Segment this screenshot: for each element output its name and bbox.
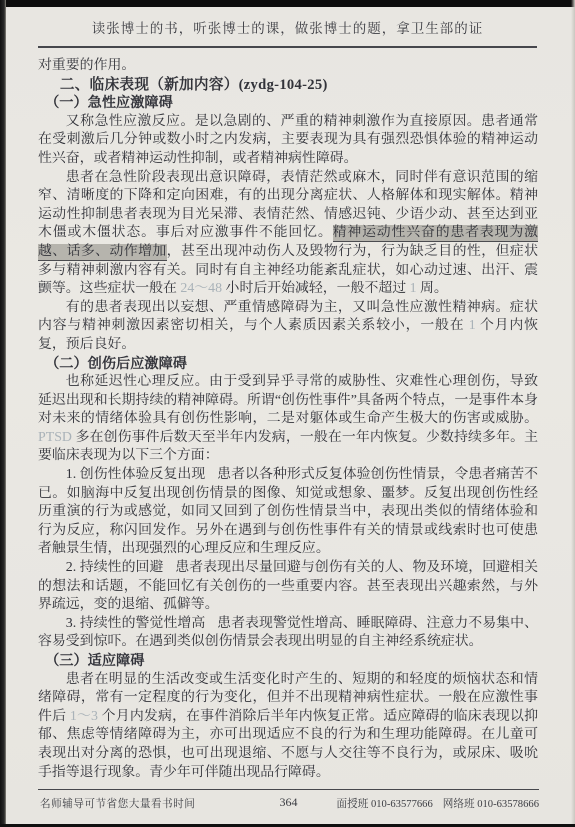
heading-text: （二）创伤后应激障碍 — [45, 356, 187, 372]
list-item-1: 1. 创伤性体验反复出现患者以各种形式反复体验创伤性情景，令患者痛苦不已。如脑海… — [38, 466, 538, 559]
footer-online-class-phone: 网络班 010-63578666 — [443, 799, 539, 810]
subsection-heading-2: （二）创伤后应激障碍 — [38, 355, 538, 374]
scan-edge-top — [0, 0, 575, 7]
faded-number: 1～3 — [70, 709, 98, 724]
page-body: 对重要的作用。 二、临床表现（新加内容）(zydg-104-25) （一）急性应… — [38, 57, 538, 782]
paragraph: 有的患者表现出以妄想、严重情感障碍为主，又叫急性应激性精神病。症状内容与精神刺激… — [38, 299, 538, 355]
list-item-label: 1. 创伤性体验反复出现 — [66, 467, 206, 482]
footer-contacts: 面授班 010-63577666网络班 010-63578666 — [327, 796, 539, 811]
paragraph-text: 有的患者表现出以妄想、严重情感障碍为主，又叫急性应激性精神病。症状内容与精神刺激… — [38, 300, 538, 334]
paragraph-text: 个月内发病，在事件消除后半年内恢复正常。适应障碍的临床表现以抑郁、焦虑等情绪障碍… — [38, 709, 538, 780]
faded-abbreviation: PTSD — [38, 430, 72, 445]
scan-edge-left — [0, 0, 6, 827]
paragraph-text: 小时后开始减轻，一般不超过 — [222, 281, 410, 296]
list-item-label: 2. 持续性的回避 — [66, 560, 164, 575]
paragraph: 患者在明显的生活改变或生活变化时产生的、短期的和轻度的烦恼状态和情绪障碍，常有一… — [38, 671, 538, 783]
heading-text: 二、临床表现（新加内容）(zydg-104-25) — [60, 77, 328, 93]
paragraph-text: 也称延迟性心理反应。由于受到异乎寻常的威胁性、灾难性心理创伤，导致延迟出现和长期… — [38, 374, 538, 426]
subsection-heading-1: （一）急性应激障碍 — [38, 94, 538, 113]
footer-slogan: 名师辅导可节省您大量看书时间 — [40, 796, 195, 811]
faded-number: 24～48 — [180, 281, 222, 296]
heading-text: （一）急性应激障碍 — [45, 95, 173, 111]
paragraph: 又称急性应激反应。是以急剧的、严重的精神刺激作为直接原因。患者通常在受刺激后几分… — [38, 113, 538, 169]
header-slogan: 读张博士的书，听张博士的课，做张博士的题，拿卫生部的证 — [92, 21, 484, 36]
page-number: 364 — [280, 795, 298, 810]
heading-text: （三）适应障碍 — [45, 653, 144, 669]
faded-number: 1 — [469, 318, 476, 333]
paragraph: 也称延迟性心理反应。由于受到异乎寻常的威胁性、灾难性心理创伤，导致延迟出现和长期… — [38, 373, 538, 466]
section-heading-main: 二、临床表现（新加内容）(zydg-104-25) — [38, 76, 538, 95]
scan-edge-right — [571, 0, 575, 827]
paragraph-text: 多在创伤事件后数天至半年内发病，一般在一年内恢复。少数持续多年。主要临床表现为以… — [38, 430, 538, 464]
paragraph-text: 对重要的作用。 — [38, 58, 135, 73]
page-header: 读张博士的书，听张博士的课，做张博士的题，拿卫生部的证 — [38, 17, 537, 48]
scanned-book-page: 读张博士的书，听张博士的课，做张博士的题，拿卫生部的证 对重要的作用。 二、临床… — [0, 0, 575, 827]
list-item-label: 3. 持续性的警觉性增高 — [66, 616, 206, 631]
list-item-3: 3. 持续性的警觉性增高患者表现警觉性增高、睡眠障碍、注意力不易集中、容易受到惊… — [38, 615, 538, 652]
paragraph-continuation: 对重要的作用。 — [38, 57, 538, 76]
paragraph-text: 周。 — [417, 281, 448, 296]
footer-onsite-class-phone: 面授班 010-63577666 — [337, 799, 433, 810]
subsection-heading-3: （三）适应障碍 — [38, 652, 538, 671]
page-footer: 名师辅导可节省您大量看书时间 364 面授班 010-63577666网络班 0… — [38, 789, 539, 815]
faded-number: 1 — [410, 281, 417, 296]
list-item-2: 2. 持续性的回避患者表现出尽量回避与创伤有关的人、物及环境，回避相关的想法和话… — [38, 559, 538, 615]
paragraph-text: 又称急性应激反应。是以急剧的、严重的精神刺激作为直接原因。患者通常在受刺激后几分… — [38, 114, 538, 166]
paragraph: 患者在急性阶段表现出意识障碍，表情茫然或麻木，同时伴有意识范围的缩窄、清晰度的下… — [38, 169, 538, 299]
